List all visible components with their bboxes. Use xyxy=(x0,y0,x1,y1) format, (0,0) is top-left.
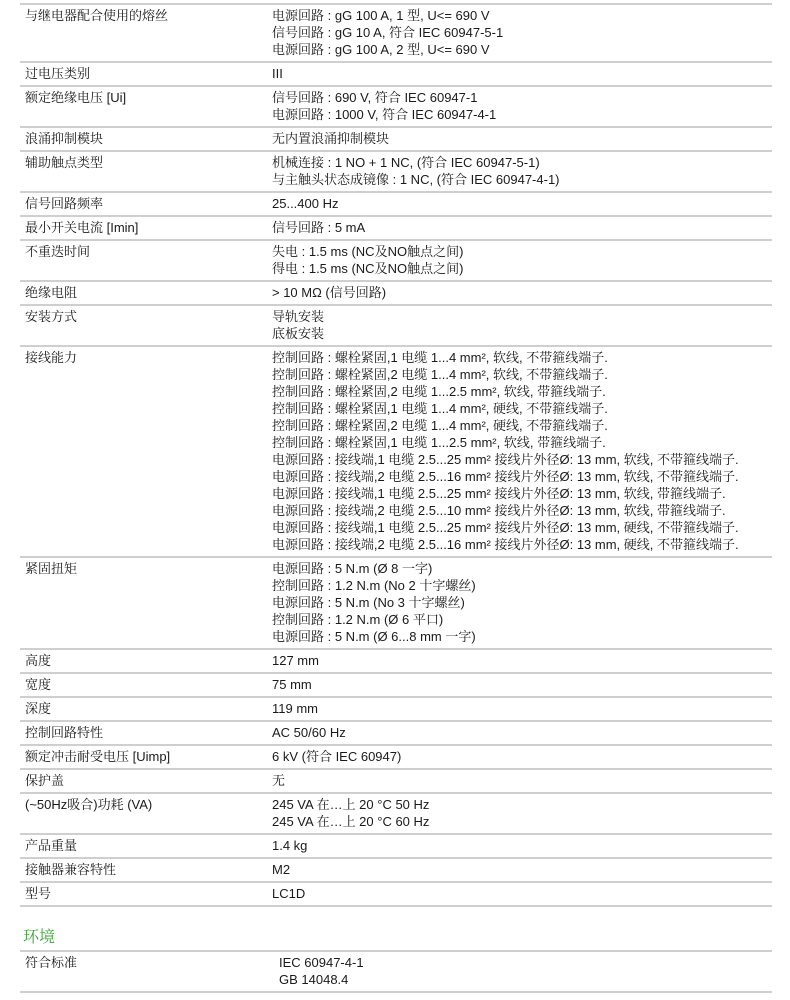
spec-row: 绝缘电阻> 10 MΩ (信号回路) xyxy=(20,281,772,305)
next-row-separator xyxy=(20,991,772,999)
spec-value-line: 6 kV (符合 IEC 60947) xyxy=(272,748,767,765)
spec-value-line: 电源回路 : 接线端,2 电缆 2.5...16 mm² 接线片外径Ø: 13 … xyxy=(272,536,767,553)
spec-label: 过电压类别 xyxy=(20,62,267,86)
spec-value-line: 245 VA 在…上 20 °C 60 Hz xyxy=(272,813,767,830)
environment-table-body: 符合标准IEC 60947-4-1GB 14048.4 xyxy=(20,951,772,991)
spec-row: 与继电器配合使用的熔丝电源回路 : gG 100 A, 1 型, U<= 690… xyxy=(20,4,772,62)
spec-value-line: 控制回路 : 螺栓紧固,1 电缆 1...4 mm², 软线, 不带箍线端子. xyxy=(272,349,767,366)
spec-label: 接线能力 xyxy=(20,346,267,557)
spec-value: > 10 MΩ (信号回路) xyxy=(267,281,772,305)
spec-value: 信号回路 : 690 V, 符合 IEC 60947-1电源回路 : 1000 … xyxy=(267,86,772,127)
spec-label: 产品重量 xyxy=(20,834,267,858)
spec-value: 控制回路 : 螺栓紧固,1 电缆 1...4 mm², 软线, 不带箍线端子.控… xyxy=(267,346,772,557)
spec-value-line: 电源回路 : 接线端,1 电缆 2.5...25 mm² 接线片外径Ø: 13 … xyxy=(272,519,767,536)
spec-table-body: 与继电器配合使用的熔丝电源回路 : gG 100 A, 1 型, U<= 690… xyxy=(20,4,772,906)
spec-value: 75 mm xyxy=(267,673,772,697)
spec-label: 额定冲击耐受电压 [Uimp] xyxy=(20,745,267,769)
spec-value: 导轨安装底板安装 xyxy=(267,305,772,346)
spec-label: 控制回路特性 xyxy=(20,721,267,745)
spec-value-line: 信号回路 : gG 10 A, 符合 IEC 60947-5-1 xyxy=(272,24,767,41)
spec-row: 额定绝缘电压 [Ui]信号回路 : 690 V, 符合 IEC 60947-1电… xyxy=(20,86,772,127)
spec-value: 1.4 kg xyxy=(267,834,772,858)
spec-value-line: 电源回路 : gG 100 A, 1 型, U<= 690 V xyxy=(272,7,767,24)
spec-value-line: 机械连接 : 1 NO + 1 NC, (符合 IEC 60947-5-1) xyxy=(272,154,767,171)
spec-row: 辅助触点类型机械连接 : 1 NO + 1 NC, (符合 IEC 60947-… xyxy=(20,151,772,192)
spec-label: 紧固扭矩 xyxy=(20,557,267,649)
spec-value-line: AC 50/60 Hz xyxy=(272,724,767,741)
spec-value-line: 1.4 kg xyxy=(272,837,767,854)
spec-value-line: 信号回路 : 5 mA xyxy=(272,219,767,236)
spec-value: 119 mm xyxy=(267,697,772,721)
spec-row: 宽度75 mm xyxy=(20,673,772,697)
spec-value-line: 127 mm xyxy=(272,652,767,669)
spec-value-line: 电源回路 : 接线端,2 电缆 2.5...10 mm² 接线片外径Ø: 13 … xyxy=(272,502,767,519)
spec-label: 辅助触点类型 xyxy=(20,151,267,192)
spec-value-line: 电源回路 : 5 N.m (No 3 十字螺丝) xyxy=(272,594,767,611)
spec-value-line: 无 xyxy=(272,772,767,789)
spec-value-line: 无内置浪涌抑制模块 xyxy=(272,130,767,147)
spec-label: 符合标准 xyxy=(20,951,267,991)
spec-value-line: 控制回路 : 螺栓紧固,2 电缆 1...4 mm², 软线, 不带箍线端子. xyxy=(272,366,767,383)
spec-value: 25...400 Hz xyxy=(267,192,772,216)
spec-value: 245 VA 在…上 20 °C 50 Hz245 VA 在…上 20 °C 6… xyxy=(267,793,772,834)
spec-row: 控制回路特性AC 50/60 Hz xyxy=(20,721,772,745)
spec-row: 产品重量1.4 kg xyxy=(20,834,772,858)
spec-label: 信号回路频率 xyxy=(20,192,267,216)
spec-label: 与继电器配合使用的熔丝 xyxy=(20,4,267,62)
spec-row: (~50Hz吸合)功耗 (VA)245 VA 在…上 20 °C 50 Hz24… xyxy=(20,793,772,834)
spec-value: 电源回路 : 5 N.m (Ø 8 一字)控制回路 : 1.2 N.m (No … xyxy=(267,557,772,649)
spec-sheet: 与继电器配合使用的熔丝电源回路 : gG 100 A, 1 型, U<= 690… xyxy=(20,3,772,999)
spec-label: 高度 xyxy=(20,649,267,673)
spec-row: 浪涌抑制模块无内置浪涌抑制模块 xyxy=(20,127,772,151)
spec-row: 高度127 mm xyxy=(20,649,772,673)
spec-value-line: 控制回路 : 螺栓紧固,2 电缆 1...2.5 mm², 软线, 带箍线端子. xyxy=(272,383,767,400)
spec-value: AC 50/60 Hz xyxy=(267,721,772,745)
spec-label: 额定绝缘电压 [Ui] xyxy=(20,86,267,127)
spec-value-line: M2 xyxy=(272,861,767,878)
spec-label: 接触器兼容特性 xyxy=(20,858,267,882)
spec-value-line: 电源回路 : 接线端,1 电缆 2.5...25 mm² 接线片外径Ø: 13 … xyxy=(272,485,767,502)
spec-value: 无内置浪涌抑制模块 xyxy=(267,127,772,151)
spec-value-line: 控制回路 : 螺栓紧固,1 电缆 1...2.5 mm², 软线, 带箍线端子. xyxy=(272,434,767,451)
spec-row: 最小开关电流 [Imin]信号回路 : 5 mA xyxy=(20,216,772,240)
spec-value-line: IEC 60947-4-1 xyxy=(279,954,767,971)
spec-row: 不重迭时间失电 : 1.5 ms (NC及NO触点之间)得电 : 1.5 ms … xyxy=(20,240,772,281)
spec-row: 接线能力控制回路 : 螺栓紧固,1 电缆 1...4 mm², 软线, 不带箍线… xyxy=(20,346,772,557)
spec-value-line: 控制回路 : 1.2 N.m (No 2 十字螺丝) xyxy=(272,577,767,594)
spec-value: 无 xyxy=(267,769,772,793)
spec-value-line: 失电 : 1.5 ms (NC及NO触点之间) xyxy=(272,243,767,260)
spec-value-line: 与主触头状态成镜像 : 1 NC, (符合 IEC 60947-4-1) xyxy=(272,171,767,188)
spec-value: 6 kV (符合 IEC 60947) xyxy=(267,745,772,769)
spec-value-line: 导轨安装 xyxy=(272,308,767,325)
spec-value-line: 245 VA 在…上 20 °C 50 Hz xyxy=(272,796,767,813)
spec-value: 电源回路 : gG 100 A, 1 型, U<= 690 V信号回路 : gG… xyxy=(267,4,772,62)
spec-label: (~50Hz吸合)功耗 (VA) xyxy=(20,793,267,834)
section-title-environment: 环境 xyxy=(23,927,772,950)
spec-label: 安装方式 xyxy=(20,305,267,346)
spec-value-line: GB 14048.4 xyxy=(279,971,767,988)
spec-value-line: 底板安装 xyxy=(272,325,767,342)
spec-row: 额定冲击耐受电压 [Uimp]6 kV (符合 IEC 60947) xyxy=(20,745,772,769)
spec-label: 宽度 xyxy=(20,673,267,697)
spec-value: 机械连接 : 1 NO + 1 NC, (符合 IEC 60947-5-1)与主… xyxy=(267,151,772,192)
spec-row: 接触器兼容特性M2 xyxy=(20,858,772,882)
spec-value: 127 mm xyxy=(267,649,772,673)
spec-value-line: 电源回路 : 5 N.m (Ø 6...8 mm 一字) xyxy=(272,628,767,645)
spec-row: 紧固扭矩电源回路 : 5 N.m (Ø 8 一字)控制回路 : 1.2 N.m … xyxy=(20,557,772,649)
spec-value-line: 得电 : 1.5 ms (NC及NO触点之间) xyxy=(272,260,767,277)
spec-value-line: 电源回路 : 1000 V, 符合 IEC 60947-4-1 xyxy=(272,106,767,123)
spec-value-line: > 10 MΩ (信号回路) xyxy=(272,284,767,301)
spec-row: 过电压类别III xyxy=(20,62,772,86)
spec-row: 符合标准IEC 60947-4-1GB 14048.4 xyxy=(20,951,772,991)
spec-value: 信号回路 : 5 mA xyxy=(267,216,772,240)
spec-value-line: 信号回路 : 690 V, 符合 IEC 60947-1 xyxy=(272,89,767,106)
spec-value: M2 xyxy=(267,858,772,882)
spec-value-line: 电源回路 : 5 N.m (Ø 8 一字) xyxy=(272,560,767,577)
spec-label: 保护盖 xyxy=(20,769,267,793)
spec-value: LC1D xyxy=(267,882,772,906)
spec-value-line: 119 mm xyxy=(272,700,767,717)
spec-value-line: 电源回路 : 接线端,1 电缆 2.5...25 mm² 接线片外径Ø: 13 … xyxy=(272,451,767,468)
spec-row: 保护盖无 xyxy=(20,769,772,793)
spec-value-line: 电源回路 : 接线端,2 电缆 2.5...16 mm² 接线片外径Ø: 13 … xyxy=(272,468,767,485)
spec-value-line: 75 mm xyxy=(272,676,767,693)
spec-label: 型号 xyxy=(20,882,267,906)
environment-table: 符合标准IEC 60947-4-1GB 14048.4 xyxy=(20,950,772,991)
spec-row: 深度119 mm xyxy=(20,697,772,721)
spec-value-line: 25...400 Hz xyxy=(272,195,767,212)
spec-label: 绝缘电阻 xyxy=(20,281,267,305)
spec-label: 最小开关电流 [Imin] xyxy=(20,216,267,240)
spec-label: 浪涌抑制模块 xyxy=(20,127,267,151)
spec-value-line: 控制回路 : 1.2 N.m (Ø 6 平口) xyxy=(272,611,767,628)
spec-value: 失电 : 1.5 ms (NC及NO触点之间)得电 : 1.5 ms (NC及N… xyxy=(267,240,772,281)
spec-value: III xyxy=(267,62,772,86)
spec-value-line: 电源回路 : gG 100 A, 2 型, U<= 690 V xyxy=(272,41,767,58)
spec-table: 与继电器配合使用的熔丝电源回路 : gG 100 A, 1 型, U<= 690… xyxy=(20,3,772,907)
spec-value-line: LC1D xyxy=(272,885,767,902)
spec-value-line: 控制回路 : 螺栓紧固,1 电缆 1...4 mm², 硬线, 不带箍线端子. xyxy=(272,400,767,417)
spec-row: 信号回路频率25...400 Hz xyxy=(20,192,772,216)
spec-label: 不重迭时间 xyxy=(20,240,267,281)
spec-value: IEC 60947-4-1GB 14048.4 xyxy=(267,951,772,991)
spec-label: 深度 xyxy=(20,697,267,721)
spec-row: 型号LC1D xyxy=(20,882,772,906)
spec-value-line: III xyxy=(272,65,767,82)
spec-value-line: 控制回路 : 螺栓紧固,2 电缆 1...4 mm², 硬线, 不带箍线端子. xyxy=(272,417,767,434)
spec-row: 安装方式导轨安装底板安装 xyxy=(20,305,772,346)
